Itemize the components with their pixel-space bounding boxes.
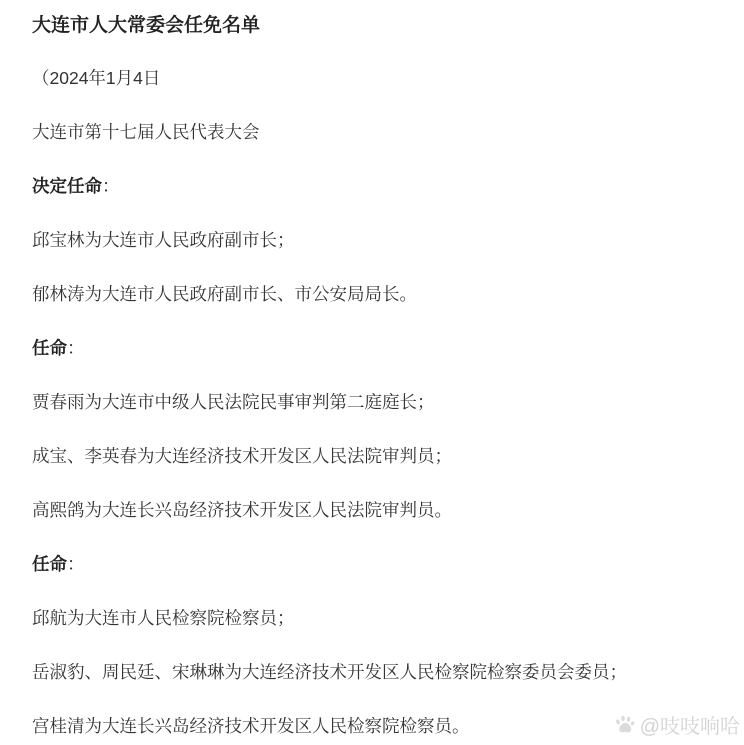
appointment-item: 高熙鸽为大连长兴岛经济技术开发区人民法院审判员。 xyxy=(32,500,714,520)
paragraph-text: 宫桂清为大连长兴岛经济技术开发区人民检察院检察员。 xyxy=(32,716,470,736)
section-heading-text: 决定任命 xyxy=(32,176,102,196)
paragraph-text: 邱宝林为大连市人民政府副市长； xyxy=(32,230,295,250)
paragraph-text: ： xyxy=(67,554,85,574)
paragraph-text: ： xyxy=(67,338,85,358)
appointment-item: 邱宝林为大连市人民政府副市长； xyxy=(32,230,714,250)
document-page: 大连市人大常委会任免名单 （2024年1月4日 大连市第十七届人民代表大会 决定… xyxy=(0,0,744,745)
paragraph-text: 大连市第十七届人民代表大会 xyxy=(32,122,260,142)
paragraph-text: 岳淑豹、周民廷、宋琳琳为大连经济技术开发区人民检察院检察委员会委员； xyxy=(32,662,627,682)
appointment-item: 成宝、李英春为大连经济技术开发区人民法院审判员； xyxy=(32,446,714,466)
paragraph-congress: 大连市第十七届人民代表大会 xyxy=(32,122,714,142)
appointment-item: 贾春雨为大连市中级人民法院民事审判第二庭庭长； xyxy=(32,392,714,412)
section-heading-decide-appoint: 决定任命： xyxy=(32,176,714,196)
section-heading-text: 任命 xyxy=(32,338,67,358)
appointment-item: 邱航为大连市人民检察院检察员； xyxy=(32,608,714,628)
paragraph-text: 贾春雨为大连市中级人民法院民事审判第二庭庭长； xyxy=(32,392,435,412)
section-heading-appoint-1: 任命： xyxy=(32,338,714,358)
document-content: 大连市人大常委会任免名单 （2024年1月4日 大连市第十七届人民代表大会 决定… xyxy=(0,0,744,736)
page-title: 大连市人大常委会任免名单 xyxy=(32,14,714,38)
paragraph-text: ： xyxy=(102,176,120,196)
paragraph-text: 邱航为大连市人民检察院检察员； xyxy=(32,608,295,628)
appointment-item: 岳淑豹、周民廷、宋琳琳为大连经济技术开发区人民检察院检察委员会委员； xyxy=(32,662,714,682)
appointment-item: 郁林涛为大连市人民政府副市长、市公安局局长。 xyxy=(32,284,714,304)
paragraph-date: （2024年1月4日 xyxy=(32,68,714,88)
appointment-item: 宫桂清为大连长兴岛经济技术开发区人民检察院检察员。 xyxy=(32,716,714,736)
paragraph-text: 郁林涛为大连市人民政府副市长、市公安局局长。 xyxy=(32,284,417,304)
paragraph-text: 高熙鸽为大连长兴岛经济技术开发区人民法院审判员。 xyxy=(32,500,452,520)
section-heading-text: 任命 xyxy=(32,554,67,574)
paragraph-text: 成宝、李英春为大连经济技术开发区人民法院审判员； xyxy=(32,446,452,466)
paragraph-text: （2024年1月4日 xyxy=(32,68,160,88)
section-heading-appoint-2: 任命： xyxy=(32,554,714,574)
